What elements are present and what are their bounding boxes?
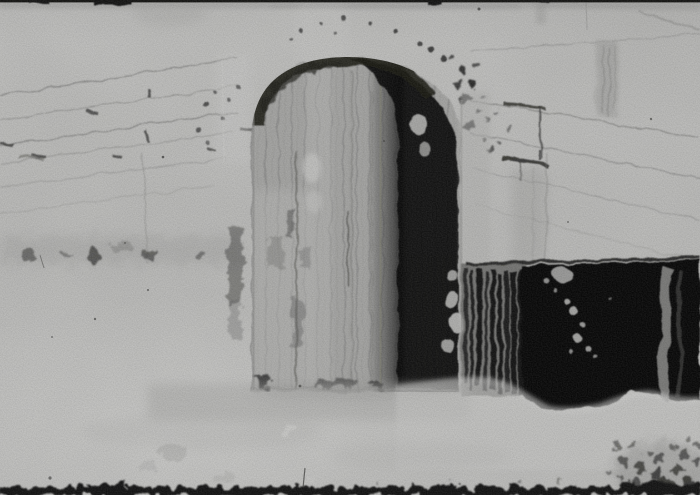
- grain-light-layer: [0, 0, 700, 495]
- photograph: [0, 0, 700, 495]
- photo-stage: [0, 0, 700, 495]
- photo-canvas: [0, 0, 700, 495]
